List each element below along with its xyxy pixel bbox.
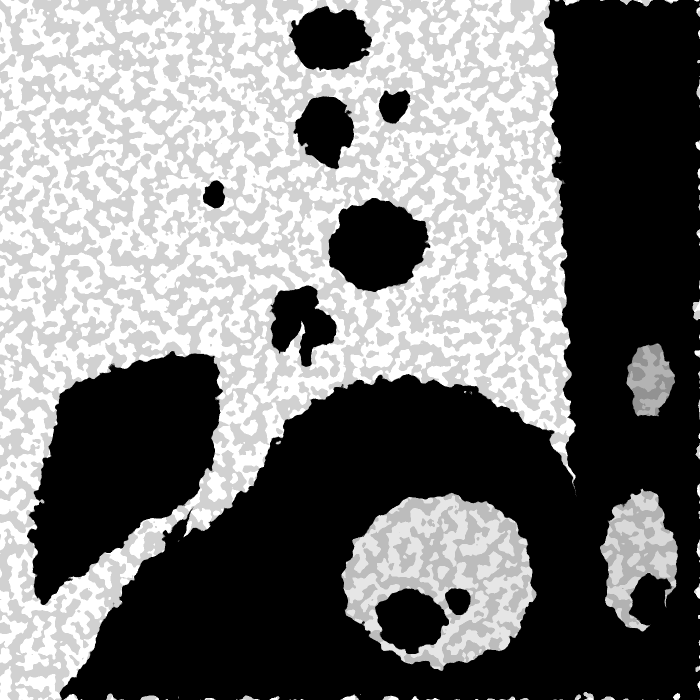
- thresholded-photo: [0, 0, 700, 700]
- photo-canvas: [0, 0, 700, 700]
- grain-overlay: [0, 0, 700, 700]
